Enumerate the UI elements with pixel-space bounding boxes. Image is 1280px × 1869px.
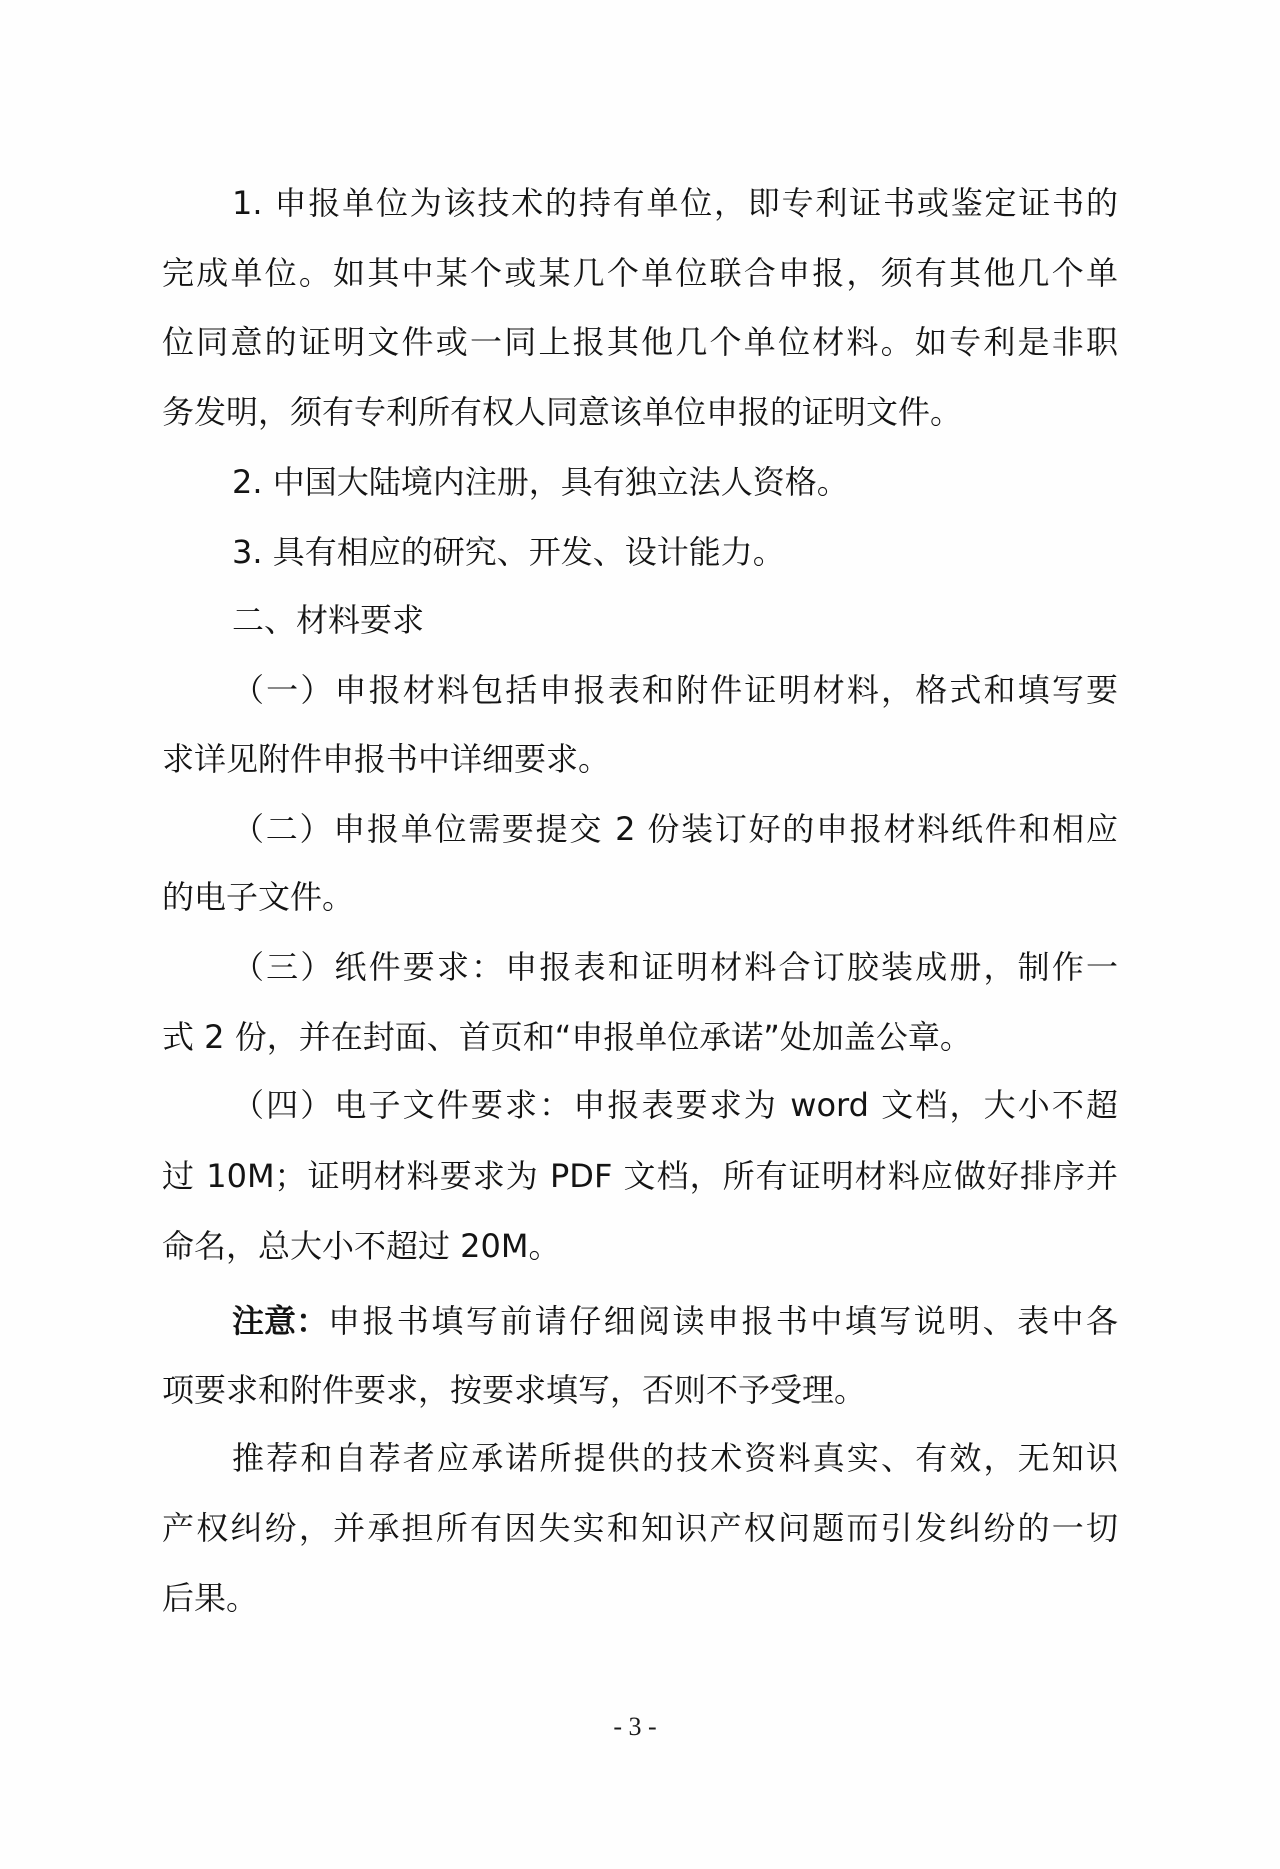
qualification-1-line-2: 完成单位。如其中某个或某几个单位联合申报，须有其他几个单 bbox=[162, 251, 1118, 295]
note-label: 注意： bbox=[232, 1299, 328, 1343]
commitment-line-3: 后果。 bbox=[162, 1576, 1118, 1620]
note-line-1: 注意：申报书填写前请仔细阅读申报书中填写说明、表中各 bbox=[232, 1299, 1118, 1343]
commitment-line-2: 产权纠纷，并承担所有因失实和知识产权问题而引发纠纷的一切 bbox=[162, 1506, 1118, 1550]
qualification-2: 2. 中国大陆境内注册，具有独立法人资格。 bbox=[232, 460, 1118, 504]
material-2-line-2: 的电子文件。 bbox=[162, 875, 1118, 919]
material-3-line-2: 式 2 份，并在封面、首页和“申报单位承诺”处加盖公章。 bbox=[162, 1015, 1118, 1059]
page-number: - 3 - bbox=[590, 1712, 680, 1742]
qualification-1-line-3: 位同意的证明文件或一同上报其他几个单位材料。如专利是非职 bbox=[162, 320, 1118, 364]
document-page: 1. 申报单位为该技术的持有单位，即专利证书或鉴定证书的 完成单位。如其中某个或… bbox=[0, 0, 1280, 1869]
material-2-line-1: （二）申报单位需要提交 2 份装订好的申报材料纸件和相应 bbox=[232, 807, 1118, 851]
material-1-line-1: （一）申报材料包括申报表和附件证明材料，格式和填写要 bbox=[232, 668, 1118, 712]
qualification-3: 3. 具有相应的研究、开发、设计能力。 bbox=[232, 530, 1118, 574]
section-heading-materials: 二、材料要求 bbox=[232, 598, 1118, 642]
commitment-line-1: 推荐和自荐者应承诺所提供的技术资料真实、有效，无知识 bbox=[232, 1436, 1118, 1480]
material-4-line-1: （四）电子文件要求：申报表要求为 word 文档，大小不超 bbox=[232, 1083, 1118, 1127]
material-4-line-3: 命名，总大小不超过 20M。 bbox=[162, 1224, 1118, 1268]
material-1-line-2: 求详见附件申报书中详细要求。 bbox=[162, 737, 1118, 781]
note-text-1: 申报书填写前请仔细阅读申报书中填写说明、表中各 bbox=[328, 1299, 1118, 1343]
material-3-line-1: （三）纸件要求：申报表和证明材料合订胶装成册，制作一 bbox=[232, 945, 1118, 989]
note-line-2: 项要求和附件要求，按要求填写，否则不予受理。 bbox=[162, 1368, 1118, 1412]
material-4-line-2: 过 10M；证明材料要求为 PDF 文档，所有证明材料应做好排序并 bbox=[162, 1154, 1118, 1198]
qualification-1-line-4: 务发明，须有专利所有权人同意该单位申报的证明文件。 bbox=[162, 390, 1118, 434]
qualification-1-line-1: 1. 申报单位为该技术的持有单位，即专利证书或鉴定证书的 bbox=[232, 181, 1118, 225]
